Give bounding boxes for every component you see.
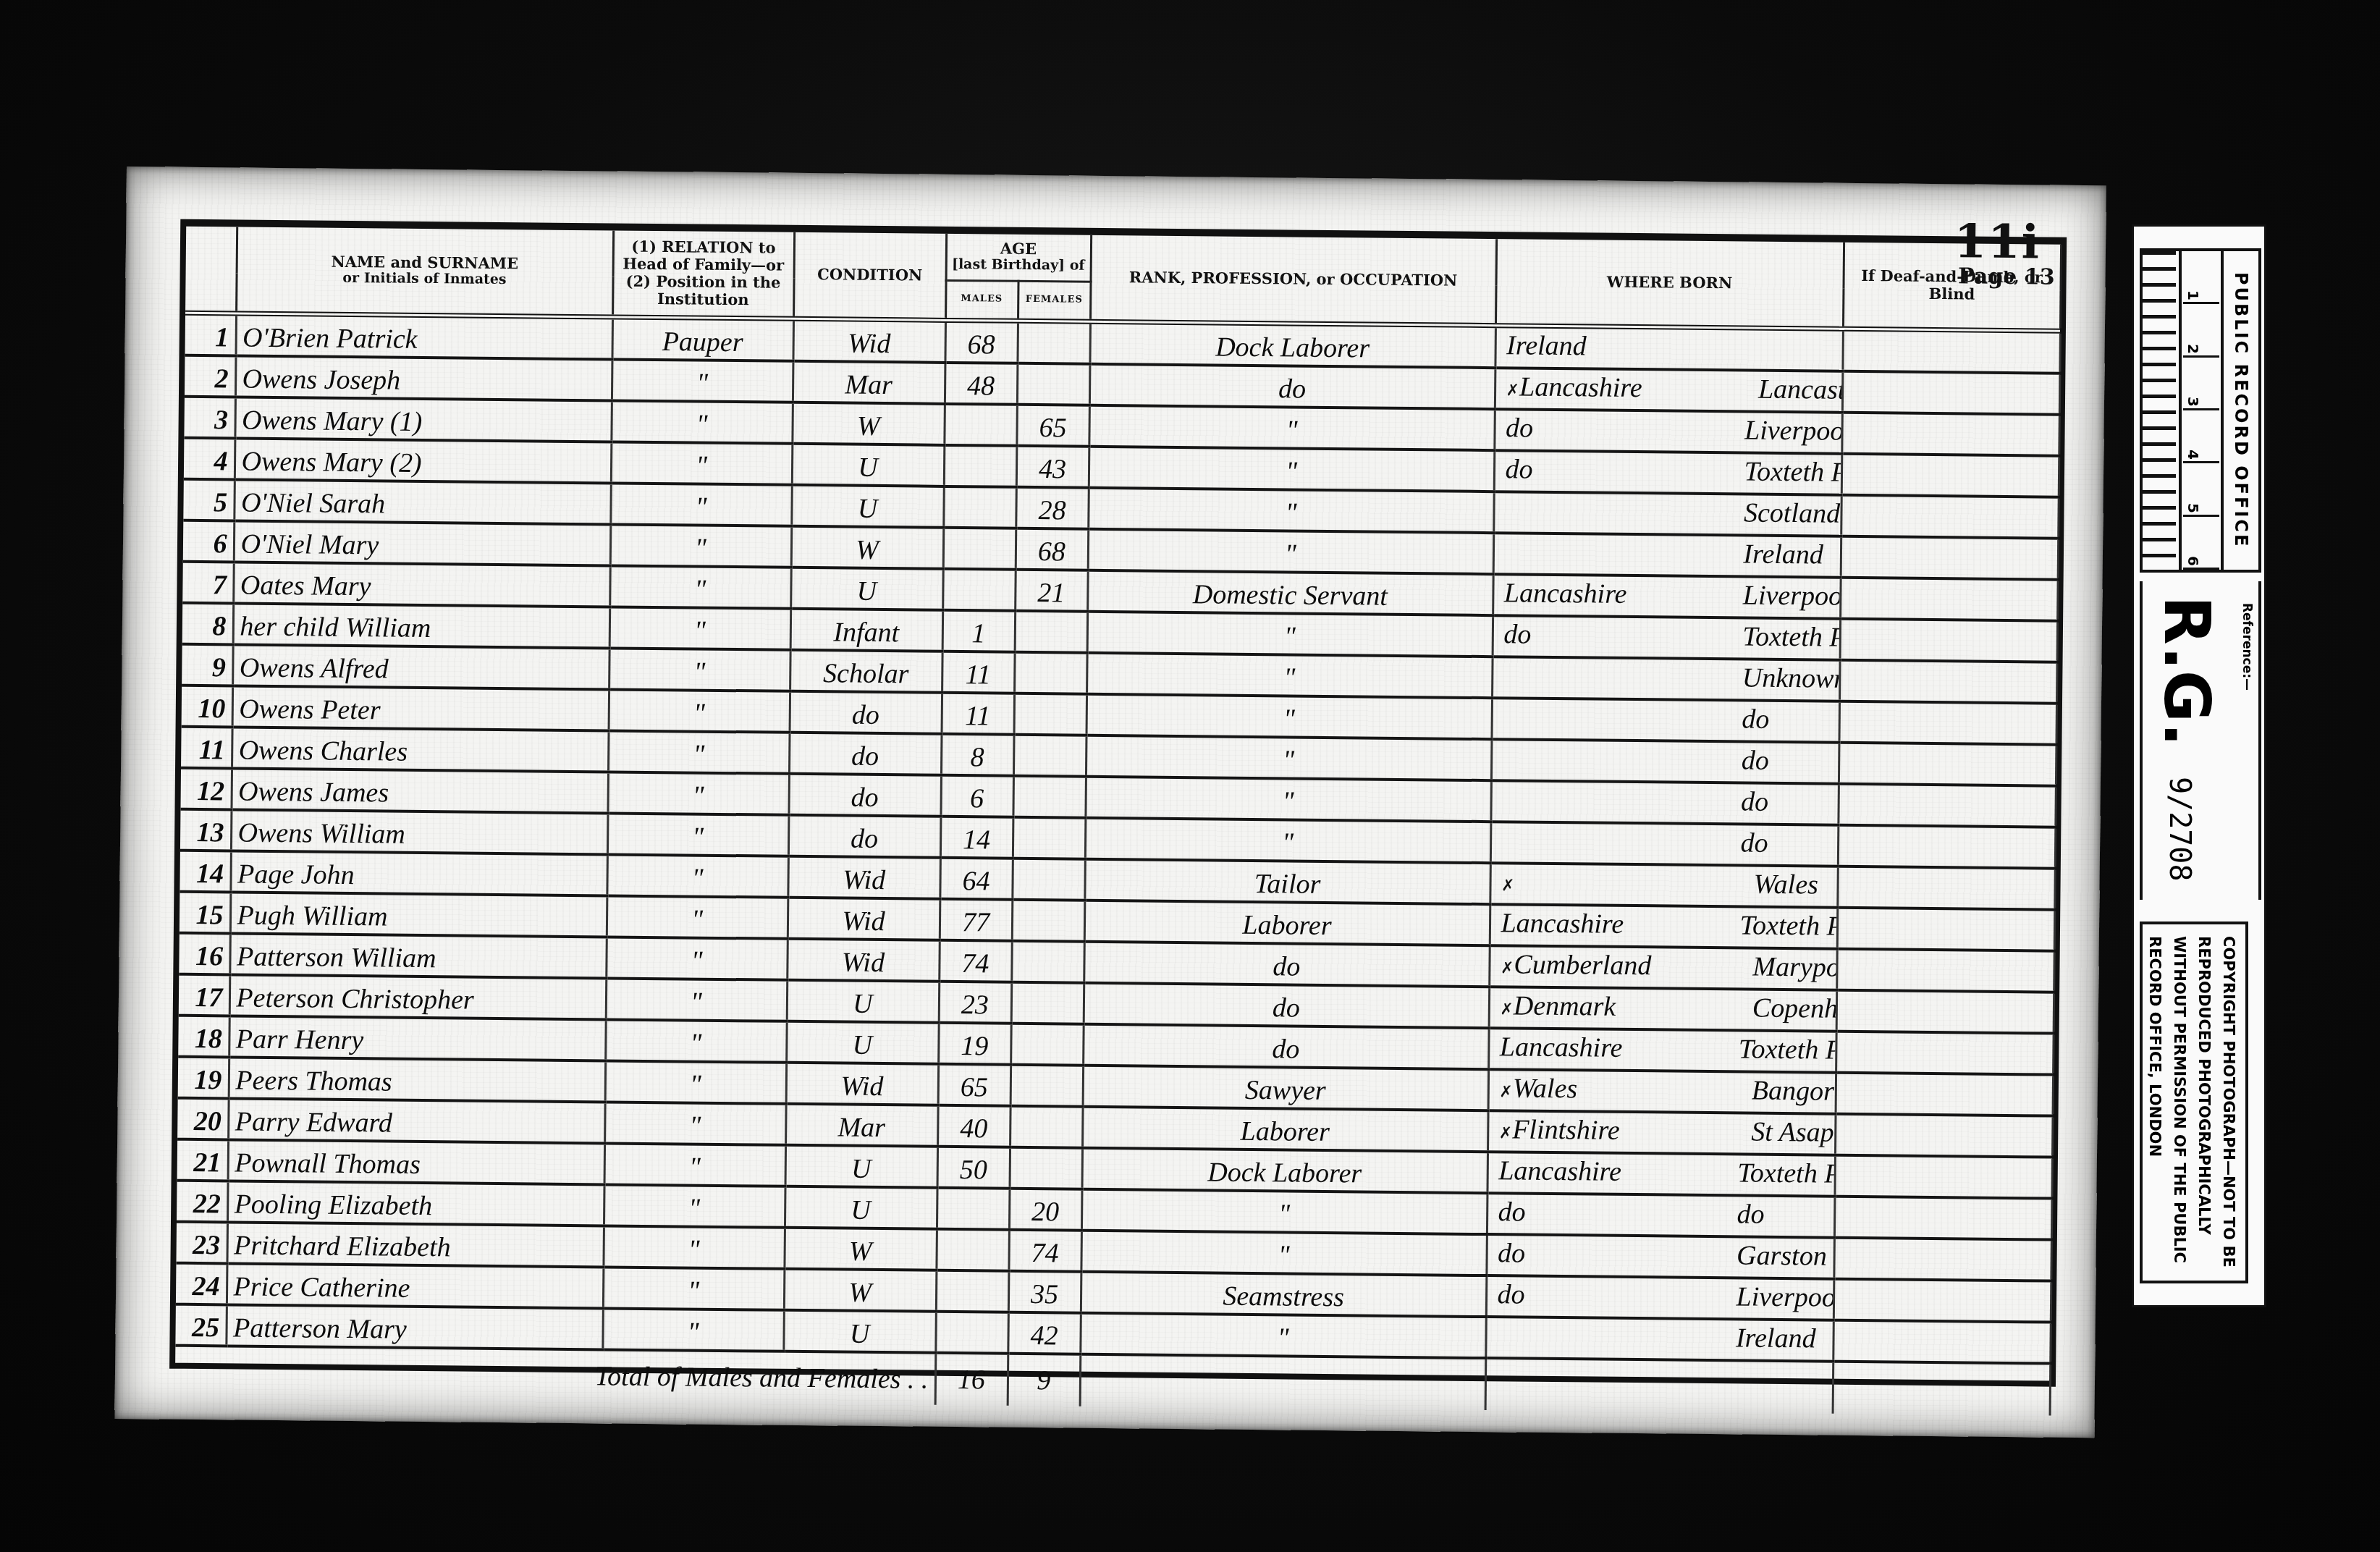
occupation: " bbox=[1085, 818, 1491, 863]
where-born: Unknown bbox=[1492, 657, 1840, 701]
ruler-number: 1 bbox=[2183, 251, 2219, 304]
birth-town: do bbox=[1740, 827, 1768, 858]
ruler-number: 3 bbox=[2183, 358, 2219, 410]
birth-county: Wales bbox=[1513, 1071, 1730, 1107]
age-male bbox=[943, 486, 1016, 528]
age-female bbox=[1013, 735, 1086, 777]
where-born: do bbox=[1490, 822, 1839, 866]
age-male: 48 bbox=[945, 363, 1018, 405]
occupation: Laborer bbox=[1082, 1107, 1488, 1152]
birth-county: Lancashire bbox=[1498, 1154, 1716, 1189]
row-number: 15 bbox=[180, 892, 231, 934]
person-name: Owens Charles bbox=[232, 727, 609, 772]
condition: U bbox=[791, 485, 944, 528]
condition: Scholar bbox=[790, 650, 942, 693]
birth-town: Liverpool bbox=[1744, 415, 1842, 446]
tally-mark-icon: ✗ bbox=[1500, 1000, 1514, 1018]
occupation: do bbox=[1083, 1024, 1489, 1069]
condition: W bbox=[784, 1269, 937, 1312]
condition: U bbox=[787, 980, 940, 1023]
where-born: doGarston bbox=[1486, 1234, 1834, 1279]
age-male: 68 bbox=[945, 320, 1018, 363]
age-male bbox=[936, 1270, 1009, 1312]
age-male: 8 bbox=[941, 734, 1014, 776]
disability-cell bbox=[1842, 371, 2060, 415]
birth-town: Toxteth Park bbox=[1742, 621, 1840, 653]
relation: " bbox=[608, 730, 790, 773]
disability-cell bbox=[1836, 990, 2054, 1034]
birth-county: do bbox=[1503, 617, 1721, 653]
birth-town: Liverpool bbox=[1743, 580, 1841, 611]
relation: " bbox=[609, 565, 791, 608]
row-number: 9 bbox=[182, 644, 233, 686]
where-born: doLiverpool bbox=[1494, 409, 1842, 454]
age-female bbox=[1015, 611, 1088, 653]
disability-cell bbox=[1839, 743, 2056, 786]
relation: " bbox=[607, 813, 789, 856]
condition: U bbox=[786, 1021, 939, 1064]
disability-cell bbox=[1841, 495, 2059, 539]
birth-county: Cumberland bbox=[1514, 948, 1731, 983]
header-name: NAME and SURNAME or Initials of Inmates bbox=[236, 227, 613, 316]
where-born: LancashireToxteth Park bbox=[1488, 1028, 1836, 1073]
birth-town: Liverpool bbox=[1736, 1281, 1833, 1312]
age-female: 43 bbox=[1016, 446, 1089, 488]
age-female: 28 bbox=[1016, 487, 1089, 529]
birth-town: Unknown bbox=[1742, 662, 1840, 693]
age-female bbox=[1011, 941, 1084, 983]
person-name: Peers Thomas bbox=[229, 1057, 606, 1102]
where-born: Ireland bbox=[1493, 533, 1841, 578]
disability-cell bbox=[1841, 413, 2059, 456]
relation: " bbox=[606, 978, 788, 1021]
relation: " bbox=[610, 524, 792, 567]
person-name: Owens Joseph bbox=[235, 355, 612, 400]
disability-cell bbox=[1839, 701, 2056, 745]
disability-cell bbox=[1833, 1238, 2051, 1281]
occupation: do bbox=[1089, 364, 1495, 409]
series-code: R.G. bbox=[2150, 596, 2224, 746]
condition: Wid bbox=[787, 939, 940, 982]
birth-town: Maryport bbox=[1752, 952, 1837, 983]
disability-cell bbox=[1833, 1279, 2051, 1323]
relation: " bbox=[603, 1226, 785, 1268]
age-female bbox=[1017, 363, 1090, 405]
person-name: her child William bbox=[233, 603, 610, 648]
piece-number: 9/2708 bbox=[2163, 777, 2196, 882]
occupation: Laborer bbox=[1084, 901, 1490, 945]
condition: Infant bbox=[790, 609, 943, 651]
age-male: 77 bbox=[940, 899, 1013, 941]
row-number: 5 bbox=[183, 479, 235, 521]
age-female: 42 bbox=[1008, 1312, 1081, 1354]
age-male: 14 bbox=[940, 817, 1013, 859]
age-male bbox=[942, 569, 1016, 611]
person-name: Pritchard Elizabeth bbox=[227, 1222, 604, 1267]
condition: Wid bbox=[786, 1063, 939, 1105]
condition: do bbox=[788, 815, 941, 858]
condition: U bbox=[790, 568, 943, 610]
age-female bbox=[1013, 776, 1086, 818]
row-number: 24 bbox=[176, 1263, 227, 1305]
age-female bbox=[1010, 1065, 1084, 1107]
where-born: LancashireToxteth Park bbox=[1490, 904, 1838, 949]
occupation: Dock Laborer bbox=[1082, 1148, 1488, 1193]
age-male bbox=[944, 404, 1017, 446]
person-name: Owens Alfred bbox=[232, 644, 609, 689]
reference-label: Reference:— bbox=[2240, 603, 2254, 691]
relation: " bbox=[604, 1102, 786, 1144]
relation: " bbox=[602, 1308, 784, 1351]
person-name: Parr Henry bbox=[229, 1016, 606, 1060]
person-name: Owens James bbox=[231, 768, 608, 813]
age-female bbox=[1014, 652, 1087, 694]
birth-county: do bbox=[1506, 411, 1723, 447]
row-number: 14 bbox=[180, 851, 231, 893]
birth-town: do bbox=[1741, 786, 1768, 817]
birth-town: Toxteth Park bbox=[1739, 910, 1837, 942]
birth-county bbox=[1502, 849, 1719, 851]
birth-county bbox=[1503, 684, 1721, 686]
relation: " bbox=[611, 442, 793, 484]
occupation: Dock Laborer bbox=[1089, 321, 1495, 368]
person-name: Peterson Christopher bbox=[229, 974, 607, 1019]
birth-county bbox=[1514, 890, 1731, 893]
ruler-number: 4 bbox=[2183, 410, 2219, 463]
birth-town: Bangor bbox=[1752, 1076, 1834, 1107]
where-born: do bbox=[1490, 780, 1839, 825]
relation: " bbox=[610, 483, 792, 526]
birth-town: Ireland bbox=[1743, 539, 1823, 570]
age-male: 40 bbox=[937, 1105, 1010, 1147]
occupation: " bbox=[1085, 777, 1491, 822]
birth-town: do bbox=[1742, 704, 1769, 734]
person-name: O'Brien Patrick bbox=[235, 313, 612, 359]
relation: " bbox=[607, 895, 788, 938]
person-name: Owens William bbox=[231, 809, 608, 854]
birth-county bbox=[1504, 560, 1721, 562]
occupation: Domestic Servant bbox=[1087, 570, 1493, 615]
age-female: 35 bbox=[1008, 1271, 1081, 1313]
birth-county: do bbox=[1505, 452, 1722, 488]
relation: " bbox=[604, 1184, 785, 1227]
birth-county: Lancashire bbox=[1500, 1030, 1717, 1066]
row-number: 3 bbox=[184, 397, 235, 439]
person-name: Patterson Mary bbox=[226, 1304, 603, 1349]
occupation: " bbox=[1081, 1231, 1487, 1275]
condition: do bbox=[789, 733, 942, 775]
row-number: 18 bbox=[178, 1016, 229, 1058]
disability-cell bbox=[1833, 1320, 2051, 1364]
header-relation: (1) RELATION to Head of Family—or (2) Po… bbox=[612, 230, 794, 319]
row-number: 16 bbox=[179, 933, 230, 975]
occupation: do bbox=[1084, 983, 1490, 1028]
where-born: ✗WalesBangor bbox=[1488, 1069, 1836, 1114]
birth-county: Denmark bbox=[1514, 989, 1731, 1024]
age-female: 68 bbox=[1016, 528, 1089, 570]
age-male bbox=[944, 445, 1017, 487]
occupation: " bbox=[1086, 653, 1493, 698]
row-number: 2 bbox=[185, 355, 236, 397]
age-female bbox=[1010, 1106, 1083, 1148]
person-name: Pooling Elizabeth bbox=[227, 1181, 604, 1226]
header-age-females: FEMALES bbox=[1018, 281, 1091, 321]
birth-town: Ireland bbox=[1736, 1323, 1816, 1354]
person-name: Patterson William bbox=[229, 933, 607, 978]
age-female: 21 bbox=[1015, 570, 1088, 612]
condition: Mar bbox=[793, 361, 945, 404]
where-born: LancashireLiverpool bbox=[1493, 574, 1841, 619]
occupation: " bbox=[1081, 1189, 1487, 1234]
header-age-title: AGE bbox=[950, 240, 1086, 258]
person-name: Oates Mary bbox=[233, 562, 610, 607]
where-born: Ireland bbox=[1495, 326, 1843, 371]
age-male bbox=[937, 1188, 1010, 1230]
birth-county: Lancashire bbox=[1504, 576, 1721, 612]
ruler-number: 6 bbox=[2183, 517, 2219, 570]
where-born: doToxteth Park bbox=[1493, 615, 1841, 660]
disability-cell bbox=[1834, 1155, 2052, 1199]
age-female bbox=[1010, 1024, 1084, 1066]
header-where-born: WHERE BORN bbox=[1495, 239, 1844, 329]
condition: W bbox=[792, 402, 945, 445]
condition: Mar bbox=[785, 1104, 938, 1147]
relation: " bbox=[609, 648, 790, 691]
condition: Wid bbox=[788, 898, 940, 940]
person-name: Pugh William bbox=[230, 892, 607, 937]
header-disability: If Deaf-and-Dumb, or Blind bbox=[1843, 242, 2061, 331]
tally-mark-icon: ✗ bbox=[1501, 877, 1515, 895]
age-male: 65 bbox=[938, 1064, 1011, 1106]
occupation: " bbox=[1089, 405, 1495, 450]
birth-county: Lancashire bbox=[1501, 906, 1718, 942]
birth-county: Ireland bbox=[1506, 329, 1723, 364]
age-female: 20 bbox=[1009, 1189, 1082, 1231]
disability-cell bbox=[1841, 536, 2059, 580]
disability-cell bbox=[1838, 825, 2056, 869]
row-number: 23 bbox=[176, 1222, 227, 1264]
age-male: 23 bbox=[939, 982, 1012, 1024]
age-male: 6 bbox=[940, 775, 1013, 817]
relation: " bbox=[607, 772, 789, 814]
age-female bbox=[1011, 982, 1084, 1024]
disability-cell bbox=[1840, 619, 2058, 662]
census-rows: 1O'Brien PatrickPauperWid68Dock LaborerI… bbox=[175, 313, 2060, 1363]
disability-cell bbox=[1841, 454, 2059, 497]
age-female: 65 bbox=[1016, 405, 1089, 447]
row-number: 8 bbox=[182, 603, 234, 645]
relation: " bbox=[612, 359, 793, 402]
where-born: ✗FlintshireSt Asaph bbox=[1487, 1110, 1836, 1155]
disability-cell bbox=[1839, 660, 2057, 704]
where-born: ✗LancashireLancaster bbox=[1495, 368, 1843, 413]
age-male: 11 bbox=[942, 651, 1015, 693]
disability-cell bbox=[1834, 1197, 2052, 1240]
row-number: 21 bbox=[177, 1139, 229, 1181]
relation: " bbox=[611, 400, 793, 443]
person-name: Price Catherine bbox=[227, 1263, 604, 1308]
person-name: O'Niel Mary bbox=[234, 520, 611, 565]
row-number: 22 bbox=[177, 1181, 228, 1223]
birth-county bbox=[1497, 1344, 1714, 1346]
where-born: ✗CumberlandMaryport bbox=[1489, 945, 1837, 990]
age-female bbox=[1010, 1147, 1083, 1189]
where-born: ✗DenmarkCopenhagen bbox=[1489, 987, 1837, 1032]
condition: W bbox=[784, 1228, 937, 1270]
age-female: 74 bbox=[1008, 1230, 1081, 1272]
birth-town: Garston bbox=[1737, 1240, 1827, 1271]
row-number: 10 bbox=[182, 686, 233, 727]
ruler-cells: 123456 bbox=[2183, 251, 2219, 570]
tally-mark-icon: ✗ bbox=[1506, 381, 1520, 400]
condition: do bbox=[788, 774, 941, 817]
header-age-sub: [last Birthday] of bbox=[950, 257, 1086, 274]
condition: Wid bbox=[788, 856, 940, 899]
birth-town: do bbox=[1737, 1199, 1765, 1229]
disability-cell bbox=[1837, 908, 2055, 951]
where-born: do bbox=[1491, 739, 1839, 784]
scale-ruler: 123456 PUBLIC RECORD OFFICE bbox=[2140, 248, 2261, 573]
row-number: 19 bbox=[178, 1057, 229, 1099]
relation: " bbox=[605, 1019, 787, 1062]
person-name: Owens Mary (2) bbox=[235, 438, 612, 483]
row-number: 7 bbox=[182, 562, 234, 604]
occupation: " bbox=[1086, 694, 1493, 739]
birth-town: Lancaster bbox=[1758, 374, 1843, 405]
person-name: Owens Peter bbox=[232, 686, 609, 730]
tally-mark-icon: ✗ bbox=[1501, 959, 1514, 977]
ruler-number: 2 bbox=[2183, 304, 2219, 357]
birth-town: Toxteth Park bbox=[1744, 456, 1841, 488]
age-male: 11 bbox=[942, 693, 1015, 735]
relation: " bbox=[603, 1267, 785, 1309]
disability-cell bbox=[1838, 784, 2056, 827]
relation: " bbox=[604, 1143, 786, 1186]
occupation: Tailor bbox=[1084, 859, 1490, 904]
person-name: Page John bbox=[230, 851, 607, 895]
row-number: 20 bbox=[177, 1098, 229, 1140]
totals-females: 9 bbox=[1008, 1354, 1081, 1406]
disability-cell bbox=[1837, 866, 2055, 910]
header-name-sub: or Initials of Inmates bbox=[240, 270, 609, 290]
age-female bbox=[1012, 900, 1085, 942]
census-page: 11i Page 13 NAME and SURNAME or Initials… bbox=[114, 166, 2106, 1438]
condition: U bbox=[785, 1145, 938, 1188]
condition: W bbox=[791, 526, 944, 569]
age-female bbox=[1014, 693, 1087, 735]
disability-cell bbox=[1835, 1114, 2053, 1157]
age-male bbox=[935, 1312, 1008, 1354]
age-female bbox=[1012, 859, 1085, 901]
age-female bbox=[1013, 817, 1086, 859]
birth-town: do bbox=[1742, 745, 1769, 775]
birth-town: St Asaph bbox=[1751, 1117, 1836, 1148]
tally-mark-icon: ✗ bbox=[1499, 1083, 1513, 1101]
office-label: PUBLIC RECORD OFFICE bbox=[2221, 251, 2258, 570]
where-born: LancashireToxteth Park bbox=[1487, 1152, 1835, 1197]
where-born: doToxteth Park bbox=[1494, 450, 1842, 495]
disability-cell bbox=[1842, 329, 2060, 373]
totals-label: Total of Males and Females . . bbox=[175, 1346, 936, 1405]
disability-cell bbox=[1836, 1073, 2054, 1116]
birth-town: Wales bbox=[1753, 869, 1818, 901]
occupation: " bbox=[1087, 612, 1493, 657]
disability-cell bbox=[1836, 1032, 2054, 1075]
age-male: 1 bbox=[942, 610, 1016, 652]
census-table: NAME and SURNAME or Initials of Inmates … bbox=[175, 227, 2062, 1416]
header-condition: CONDITION bbox=[793, 232, 946, 321]
occupation: Seamstress bbox=[1081, 1272, 1487, 1317]
header-occupation: RANK, PROFESSION, or OCCUPATION bbox=[1090, 235, 1496, 326]
relation: Pauper bbox=[612, 317, 793, 361]
census-table-frame: NAME and SURNAME or Initials of Inmates … bbox=[169, 219, 2067, 1387]
header-row-number bbox=[185, 227, 237, 313]
occupation: " bbox=[1080, 1313, 1486, 1358]
copyright-notice: COPYRIGHT PHOTOGRAPH—NOT TO BE REPRODUCE… bbox=[2140, 921, 2248, 1283]
birth-county bbox=[1502, 808, 1719, 810]
birth-county: Flintshire bbox=[1512, 1113, 1729, 1148]
relation: " bbox=[605, 1060, 787, 1103]
person-name: Parry Edward bbox=[228, 1098, 605, 1143]
age-male bbox=[936, 1229, 1009, 1271]
relation: " bbox=[609, 607, 791, 649]
birth-county: do bbox=[1497, 1278, 1714, 1313]
birth-town: Copenhagen bbox=[1752, 993, 1837, 1025]
totals-males: 16 bbox=[935, 1353, 1008, 1406]
age-male: 19 bbox=[938, 1023, 1011, 1065]
occupation: Sawyer bbox=[1083, 1066, 1489, 1110]
person-name: O'Niel Sarah bbox=[234, 479, 611, 524]
age-female bbox=[1017, 321, 1090, 363]
condition: do bbox=[790, 691, 942, 734]
condition: U bbox=[785, 1186, 937, 1229]
birth-county: Lancashire bbox=[1519, 370, 1737, 405]
occupation: " bbox=[1088, 488, 1494, 533]
row-number: 6 bbox=[183, 520, 235, 562]
birth-county: do bbox=[1498, 1195, 1716, 1231]
disability-cell bbox=[1836, 949, 2054, 992]
person-name: Pownall Thomas bbox=[228, 1139, 605, 1184]
condition: Wid bbox=[793, 319, 945, 363]
where-born: do bbox=[1492, 698, 1840, 743]
ruler-ticks bbox=[2143, 251, 2176, 570]
reference-box: Reference:— R.G. 9/2708 bbox=[2140, 581, 2261, 900]
row-number: 12 bbox=[180, 768, 232, 810]
birth-town: Toxteth Park bbox=[1739, 1034, 1836, 1066]
condition: U bbox=[783, 1310, 936, 1353]
occupation: " bbox=[1086, 735, 1492, 780]
tally-mark-icon: ✗ bbox=[1499, 1124, 1513, 1142]
header-age-males: MALES bbox=[945, 280, 1018, 321]
where-born: Ireland bbox=[1485, 1317, 1833, 1362]
occupation: do bbox=[1084, 942, 1490, 987]
where-born: dodo bbox=[1487, 1193, 1835, 1238]
birth-town: Scotland bbox=[1744, 497, 1840, 528]
row-number: 25 bbox=[175, 1304, 227, 1346]
age-male bbox=[943, 528, 1016, 570]
condition: U bbox=[792, 444, 945, 486]
occupation: " bbox=[1089, 447, 1495, 492]
row-number: 17 bbox=[179, 974, 230, 1016]
where-born: doLiverpool bbox=[1486, 1275, 1834, 1320]
relation: " bbox=[607, 854, 788, 897]
age-male: 64 bbox=[940, 858, 1013, 900]
birth-county bbox=[1505, 519, 1722, 521]
relation: " bbox=[609, 689, 790, 732]
row-number: 11 bbox=[181, 727, 232, 769]
reference-strip: 123456 PUBLIC RECORD OFFICE Reference:— … bbox=[2132, 224, 2266, 1307]
birth-town: Toxteth Park bbox=[1737, 1157, 1835, 1189]
